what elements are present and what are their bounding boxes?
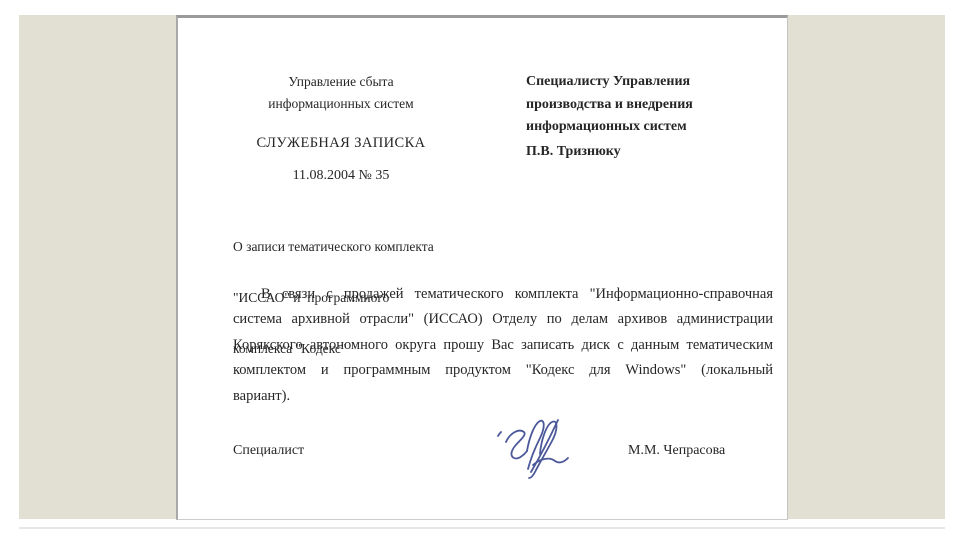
body-line: В связи с продажей тематического комплек…: [233, 282, 773, 307]
recipient-line-1: Специалисту Управления: [526, 71, 746, 94]
document-page: Управление сбыта информационных систем С…: [176, 15, 788, 520]
body-paragraph: В связи с продажей тематического комплек…: [233, 282, 773, 409]
slide-canvas: { "page": { "background_color": "#ffffff…: [0, 0, 960, 540]
signer-name: М.М. Чепрасова: [628, 443, 725, 459]
sender-line-2: информационных систем: [241, 93, 441, 115]
recipient-block: Специалисту Управления производства и вн…: [526, 71, 746, 139]
sender-block: Управление сбыта информационных систем: [241, 71, 441, 115]
panel-bottom-shadow-line: [19, 527, 945, 529]
recipient-name: П.В. Тризнюку: [526, 144, 746, 160]
body-line: вариант).: [233, 384, 773, 409]
body-line: Корякского автономного округа прошу Вас …: [233, 333, 773, 358]
subject-line-1: О записи тематического комплекта: [233, 238, 493, 255]
body-line: система архивной отрасли" (ИССАО) Отделу…: [233, 307, 773, 332]
recipient-line-3: информационных систем: [526, 116, 746, 139]
signer-position-title: Специалист: [233, 443, 304, 459]
handwritten-signature: [488, 410, 584, 482]
document-type-title: СЛУЖЕБНАЯ ЗАПИСКА: [241, 135, 441, 152]
recipient-line-2: производства и внедрения: [526, 94, 746, 117]
body-line: комплектом и программным продуктом "Коде…: [233, 358, 773, 383]
sender-line-1: Управление сбыта: [241, 71, 441, 93]
date-and-number: 11.08.2004 № 35: [241, 168, 441, 184]
